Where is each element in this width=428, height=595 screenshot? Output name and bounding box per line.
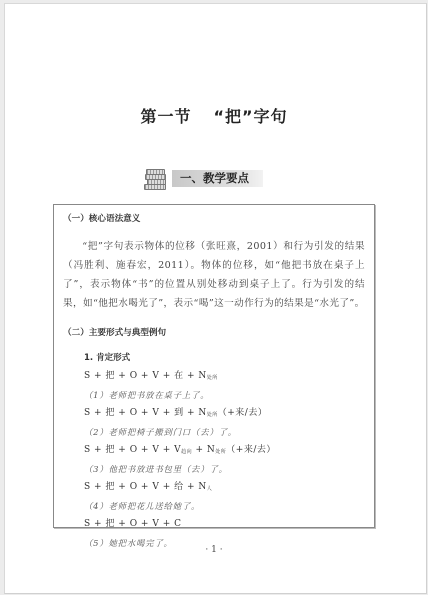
page-number: · 1 · xyxy=(0,545,428,555)
section-heading-label: 一、教学要点 xyxy=(172,170,263,187)
example-4: （4）老师把花儿送给她了。 xyxy=(84,497,276,516)
example-3: （3）他把书放进书包里（去）了。 xyxy=(84,460,276,479)
section-heading: 一、教学要点 xyxy=(144,167,263,189)
section-number: 第一节 xyxy=(140,107,191,126)
content-box: （一）核心语法意义 “把”字句表示物体的位移（张旺熹，2001）和行为引发的结果… xyxy=(53,204,375,528)
formula-3: S + 把 + O + V + V趋向 + N处所（+来/去） xyxy=(84,441,276,460)
subsection-heading-core-meaning: （一）核心语法意义 xyxy=(63,212,140,224)
stacked-books-icon xyxy=(144,167,170,189)
example-1: （1）老师把书放在桌子上了。 xyxy=(84,386,276,405)
formula-4: S + 把 + O + V + 给 + N人 xyxy=(84,478,276,497)
section-topic: “把”字句 xyxy=(213,107,287,126)
formula-5: S + 把 + O + V + C xyxy=(84,515,276,534)
affirmative-form-heading: 1. 肯定形式 xyxy=(84,350,276,367)
formula-2: S + 把 + O + V + 到 + N处所（+来/去） xyxy=(84,404,276,423)
formula-1: S + 把 + O + V + 在 + N处所 xyxy=(84,367,276,386)
example-list: 1. 肯定形式 S + 把 + O + V + 在 + N处所 （1）老师把书放… xyxy=(84,350,276,552)
subsection-heading-forms: （二）主要形式与典型例句 xyxy=(63,326,166,338)
core-meaning-paragraph: “把”字句表示物体的位移（张旺熹，2001）和行为引发的结果（冯胜利、施春宏，2… xyxy=(63,237,365,313)
chapter-title: 第一节“把”字句 xyxy=(0,104,428,127)
example-2: （2）老师把椅子搬到门口（去）了。 xyxy=(84,423,276,442)
